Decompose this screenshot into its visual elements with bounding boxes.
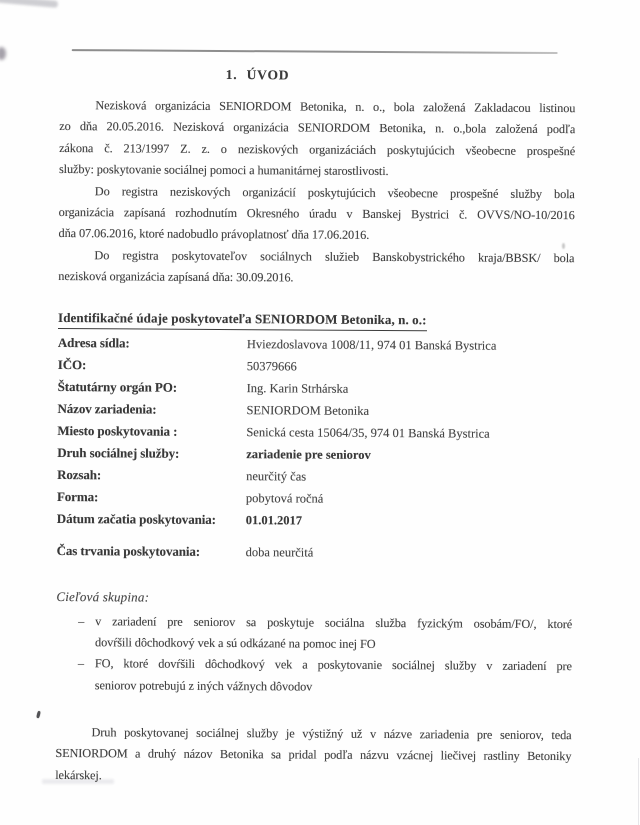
intro-paragraphs: Nezisková organizácia SENIORDOM Betonika…	[58, 95, 575, 291]
paragraph-line: organizácia zapísaná rozhodnutím Okresné…	[59, 202, 575, 227]
dash-bullet: –	[78, 653, 95, 696]
paragraph-line: Nezisková organizácia SENIORDOM Betonika…	[59, 95, 575, 120]
field-value: pobytová ročná	[246, 487, 324, 509]
field-value: zariadenie pre seniorov	[246, 443, 371, 466]
paragraph-line: zákona č. 213/1997 Z. z. o neziskových o…	[59, 138, 575, 163]
paragraph: Do registra neziskových organizácií posk…	[59, 181, 575, 248]
field-label: Čas trvania poskytovania:	[57, 540, 246, 563]
field-row: Forma: pobytová ročná	[57, 486, 573, 511]
field-label: Štatutárny orgán PO:	[58, 376, 247, 399]
target-group-heading: Cieľová skupina:	[56, 588, 572, 609]
field-label: Forma:	[57, 486, 246, 509]
list-item-line: v zariadení pre seniorov sa poskytuje so…	[95, 611, 572, 635]
scan-smudge-artifact	[0, 0, 58, 8]
paragraph-line: nezisková organizácia zapísaná dňa: 30.0…	[58, 266, 574, 291]
field-row: IČO: 50379666	[58, 354, 574, 379]
paragraph-line: SENIORDOM a druhý názov Betonika sa prid…	[55, 743, 571, 768]
field-value: SENIORDOM Betonika	[246, 399, 369, 422]
paragraph-line: lekárskej.	[55, 765, 571, 790]
provider-details-table: Adresa sídla: Hviezdoslavova 1008/11, 97…	[57, 332, 574, 533]
list-item: – v zariadení pre seniorov sa poskytuje …	[78, 611, 572, 657]
dash-bullet: –	[78, 611, 95, 654]
paragraph-line: zo dňa 20.05.2016. Nezisková organizácia…	[59, 116, 575, 141]
paragraph-line: služby: poskytovanie sociálnej pomoci a …	[59, 159, 575, 184]
field-label: Rozsah:	[57, 464, 246, 487]
duration-field-row: Čas trvania poskytovania: doba neurčitá	[57, 540, 573, 565]
section-title: 1. ÚVOD	[59, 65, 455, 84]
field-row: Miesto poskytovania : Senická cesta 1506…	[57, 420, 573, 445]
paragraph-line: Druh poskytovanej sociálnej služby je vý…	[55, 722, 571, 747]
document-content: 1. ÚVOD Nezisková organizácia SENIORDOM …	[55, 0, 576, 789]
field-label: Názov zariadenia:	[57, 398, 246, 421]
header-rule	[72, 49, 558, 54]
field-row: Adresa sídla: Hviezdoslavova 1008/11, 97…	[58, 332, 574, 357]
paragraph-line: dňa 07.06.2016, ktoré nadobudlo právopla…	[59, 223, 575, 248]
field-label: Dátum začatia poskytovania:	[57, 508, 246, 531]
target-group-list: – v zariadení pre seniorov sa poskytuje …	[78, 611, 573, 700]
closing-paragraph: Druh poskytovanej sociálnej služby je vý…	[55, 722, 571, 789]
paragraph-line: Do registra neziskových organizácií posk…	[59, 181, 575, 206]
field-row: Dátum začatia poskytovania: 01.01.2017	[57, 508, 573, 533]
identification-heading-text: Identifikačné údaje poskytovateľa SENIOR…	[58, 310, 427, 331]
list-item: – FO, ktoré dovŕšili dôchodkový vek a po…	[78, 653, 572, 699]
field-row: Rozsah: neurčitý čas	[57, 464, 573, 489]
field-row: Názov zariadenia: SENIORDOM Betonika	[57, 398, 573, 423]
identification-heading: Identifikačné údaje poskytovateľa SENIOR…	[58, 309, 574, 332]
field-label: Druh sociálnej služby:	[57, 442, 246, 465]
field-value: Ing. Karin Strhárska	[247, 377, 349, 400]
field-label: Adresa sídla:	[58, 332, 247, 355]
field-value: 01.01.2017	[246, 509, 302, 531]
paragraph: Do registra poskytovateľov sociálnych sl…	[58, 245, 574, 291]
list-item-line: FO, ktoré dovŕšili dôchodkový vek a posk…	[95, 654, 572, 678]
field-label: Miesto poskytovania :	[57, 420, 246, 443]
field-value: doba neurčitá	[246, 541, 314, 563]
field-value: 50379666	[247, 355, 297, 377]
list-item-line: seniorov potrebujú z iných vážnych dôvod…	[95, 675, 572, 699]
field-row: Druh sociálnej služby: zariadenie pre se…	[57, 442, 573, 467]
field-label: IČO:	[58, 354, 247, 377]
paragraph: Nezisková organizácia SENIORDOM Betonika…	[59, 95, 576, 184]
scan-mark-artifact	[36, 711, 40, 718]
field-value: Senická cesta 15064/35, 974 01 Banská By…	[246, 421, 489, 444]
field-value: neurčitý čas	[246, 465, 306, 487]
page-edge-shadow	[638, 758, 640, 825]
field-row: Štatutárny orgán PO: Ing. Karin Strhársk…	[58, 376, 574, 401]
scan-spot-artifact	[0, 47, 6, 60]
paragraph-line: Do registra poskytovateľov sociálnych sl…	[58, 245, 574, 270]
field-value: Hviezdoslavova 1008/11, 974 01 Banská By…	[247, 333, 497, 357]
list-item-line: dovŕšili dôchodkový vek a sú odkázané na…	[95, 632, 572, 656]
